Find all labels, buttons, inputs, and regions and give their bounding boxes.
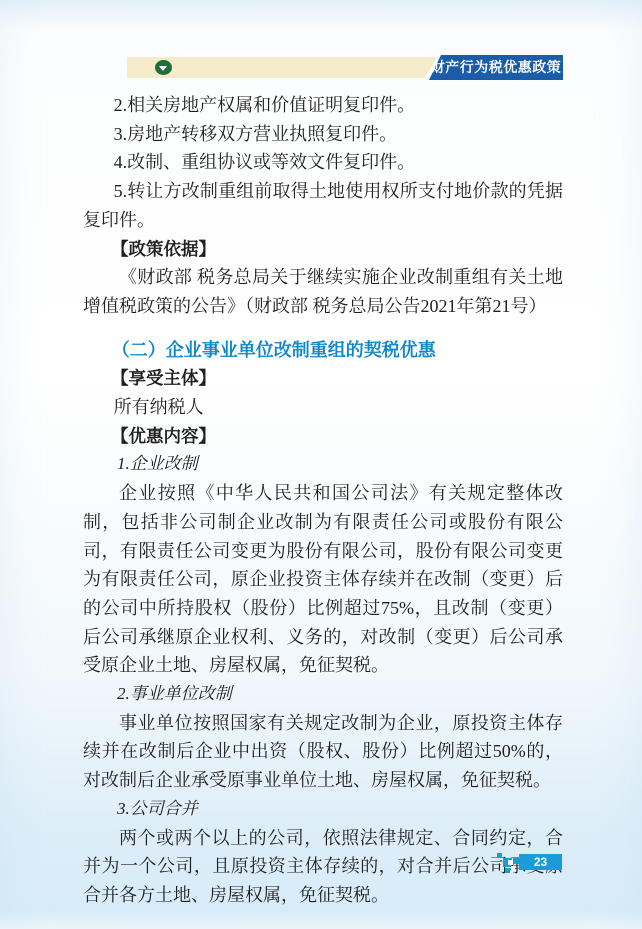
chapter-tag: 财产行为税优惠政策: [429, 55, 563, 80]
page-content: 2.相关房地产权属和价值证明复印件。 3.房地产转移双方营业执照复印件。 4.改…: [83, 91, 563, 910]
subject-value: 所有纳税人: [83, 393, 563, 422]
sub-item-title: 2.事业单位改制: [83, 680, 563, 709]
sub-item-title: 3.公司合并: [83, 795, 563, 824]
list-item: 4.改制、重组协议或等效文件复印件。: [83, 148, 563, 177]
policy-basis-text: 《财政部 税务总局关于继续实施企业改制重组有关土地增值税政策的公告》（财政部 税…: [83, 263, 563, 320]
section-heading: （二）企业事业单位改制重组的契税优惠: [83, 336, 563, 365]
subject-label: 【享受主体】: [83, 364, 563, 393]
page-number-badge: 23: [519, 854, 562, 870]
list-item: 3.房地产转移双方营业执照复印件。: [83, 120, 563, 149]
sub-item-body: 事业单位按照国家有关规定改制为企业，原投资主体存续并在改制后企业中出资（股权、股…: [83, 709, 563, 795]
sub-item-body: 两个或两个以上的公司，依照法律规定、合同约定，合并为一个公司，且原投资主体存续的…: [83, 824, 563, 910]
policy-basis-label: 【政策依据】: [83, 235, 563, 264]
list-item: 2.相关房地产权属和价值证明复印件。: [83, 91, 563, 120]
header-rule: [127, 57, 437, 78]
list-item: 5.转让方改制重组前取得土地使用权所支付地价款的凭据复印件。: [83, 177, 563, 234]
sub-item-title: 1.企业改制: [83, 450, 563, 479]
document-page: 财产行为税优惠政策 2.相关房地产权属和价值证明复印件。 3.房地产转移双方营业…: [0, 0, 642, 929]
chevron-down-icon: [155, 60, 172, 75]
sub-item-body: 企业按照《中华人民共和国公司法》有关规定整体改制，包括非公司制企业改制为有限责任…: [83, 479, 563, 680]
benefit-label: 【优惠内容】: [83, 422, 563, 451]
